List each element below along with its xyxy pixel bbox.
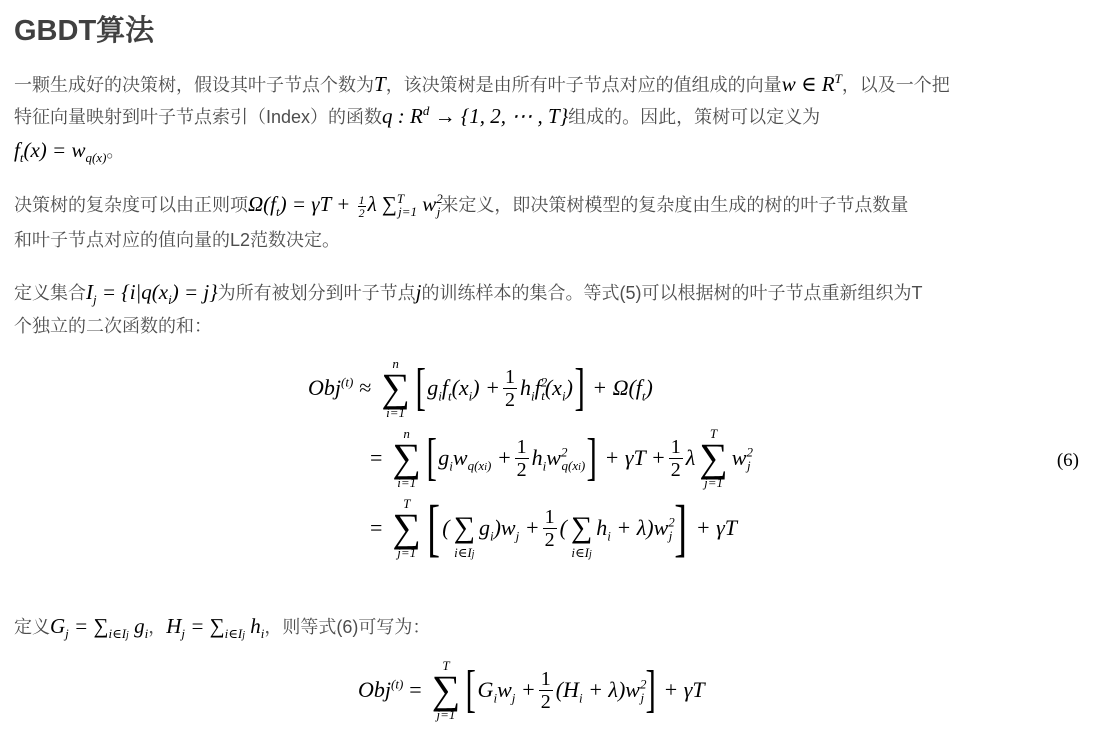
math-w-in-RT: w ∈ RT [782, 72, 842, 96]
relation: = [370, 515, 382, 541]
text: 决策树的复杂度可以由正则项 [14, 195, 248, 215]
math-Hj: Hj = ∑i∈Ij hi [166, 614, 264, 638]
paragraph-complexity-line1: 决策树的复杂度可以由正则项Ω(ft) = γT + 12λ ∑Tj=1 w2j来… [14, 188, 908, 221]
math-omega-regularization: Ω(ft) = γT + 12λ ∑Tj=1 w2j [248, 192, 440, 216]
equation-6-row-1: Obj(t) ≈ n∑i=1 [ gift(xi) + 12 hif2t(xi)… [308, 358, 653, 418]
text: 定义 [14, 617, 50, 637]
fraction-half: 12 [543, 506, 557, 551]
paragraph-G-H-definition: 定义Gj = ∑i∈Ij gi，Hj = ∑i∈Ij hi，则等式(6)可写为： [14, 610, 430, 643]
math-T: T [374, 72, 386, 96]
fraction-half: 12 [503, 366, 517, 411]
math-Gj: Gj = ∑i∈Ij gi [50, 614, 148, 638]
text: 定义集合 [14, 283, 86, 303]
text: ， [148, 617, 166, 637]
row1-body: gift(xi) + [427, 375, 500, 401]
equation-6-row-2: = n∑i=1 [ giwq(xi) + 12 hiw2q(xi) ] + γT… [364, 428, 751, 488]
fraction-half: 12 [515, 436, 529, 481]
paragraph-set-definition-line1: 定义集合Ij = {i|q(xi) = j}为所有被划分到叶子节点j的训练样本的… [14, 276, 923, 309]
text: 为所有被划分到叶子节点 [218, 283, 416, 303]
fraction-half: 12 [539, 668, 553, 713]
lhs-obj: Obj(t) [358, 677, 403, 703]
relation: = [370, 445, 382, 471]
text: 组成的。因此，策树可以定义为 [568, 107, 820, 127]
equation-number-6: (6) [1057, 450, 1079, 472]
text: ，该决策树是由所有叶子节点对应的值组成的向量 [386, 75, 782, 95]
text: 。 [106, 141, 124, 161]
lhs-obj: Obj(t) [308, 375, 353, 401]
page-title: GBDT算法 [14, 8, 154, 49]
paragraph-set-definition-line2: 个独立的二次函数的和： [14, 310, 212, 342]
inner-summation: ∑i∈Ij [454, 497, 475, 560]
text: 来定义，即决策树模型的复杂度由生成的树的叶子节点数量 [440, 195, 908, 215]
relation: ≈ [359, 375, 371, 401]
relation: = [409, 677, 421, 703]
paragraph-tree-definition-line1: 一颗生成好的决策树，假设其叶子节点个数为T，该决策树是由所有叶子节点对应的值组成… [14, 68, 950, 101]
math-Ij-set: Ij = {i|q(xi) = j} [86, 280, 218, 304]
paragraph-tree-definition-line2: 特征向量映射到叶子节点索引（Index）的函数q : Rd → {1, 2, ⋯… [14, 100, 820, 133]
summation: T∑j=1 [699, 427, 728, 489]
paragraph-complexity-line2: 和叶子节点对应的值向量的L2范数决定。 [14, 224, 340, 256]
paragraph-tree-definition-line3: ft(x) = wq(x)。 [14, 134, 124, 167]
text: 特征向量映射到叶子节点索引（Index）的函数 [14, 107, 382, 127]
equation-6-row-3: = T∑j=1 [ ( ∑i∈Ij gi)wj + 12 ( ∑i∈Ij hi … [364, 498, 737, 558]
fraction-half: 12 [669, 436, 683, 481]
math-ft-equals-w: ft(x) = wq(x) [14, 138, 106, 162]
text: ，则等式(6)可写为： [264, 617, 430, 637]
inner-summation: ∑i∈Ij [571, 497, 592, 560]
text: 的训练样本的集合。等式(5)可以根据树的叶子节点重新组织为T [422, 283, 923, 303]
summation: n∑i=1 [392, 427, 421, 489]
text: 一颗生成好的决策树，假设其叶子节点个数为 [14, 75, 374, 95]
summation: T∑j=1 [392, 497, 421, 559]
summation: n∑i=1 [381, 357, 410, 419]
summation: T∑j=1 [432, 659, 461, 721]
math-q-mapping: q : Rd → {1, 2, ⋯ , T} [382, 104, 568, 128]
text: ，以及一个把 [842, 75, 950, 95]
equation-7-row: Obj(t) = T∑j=1 [ Giwj + 12 (Hi + λ)w2j ]… [358, 660, 705, 720]
